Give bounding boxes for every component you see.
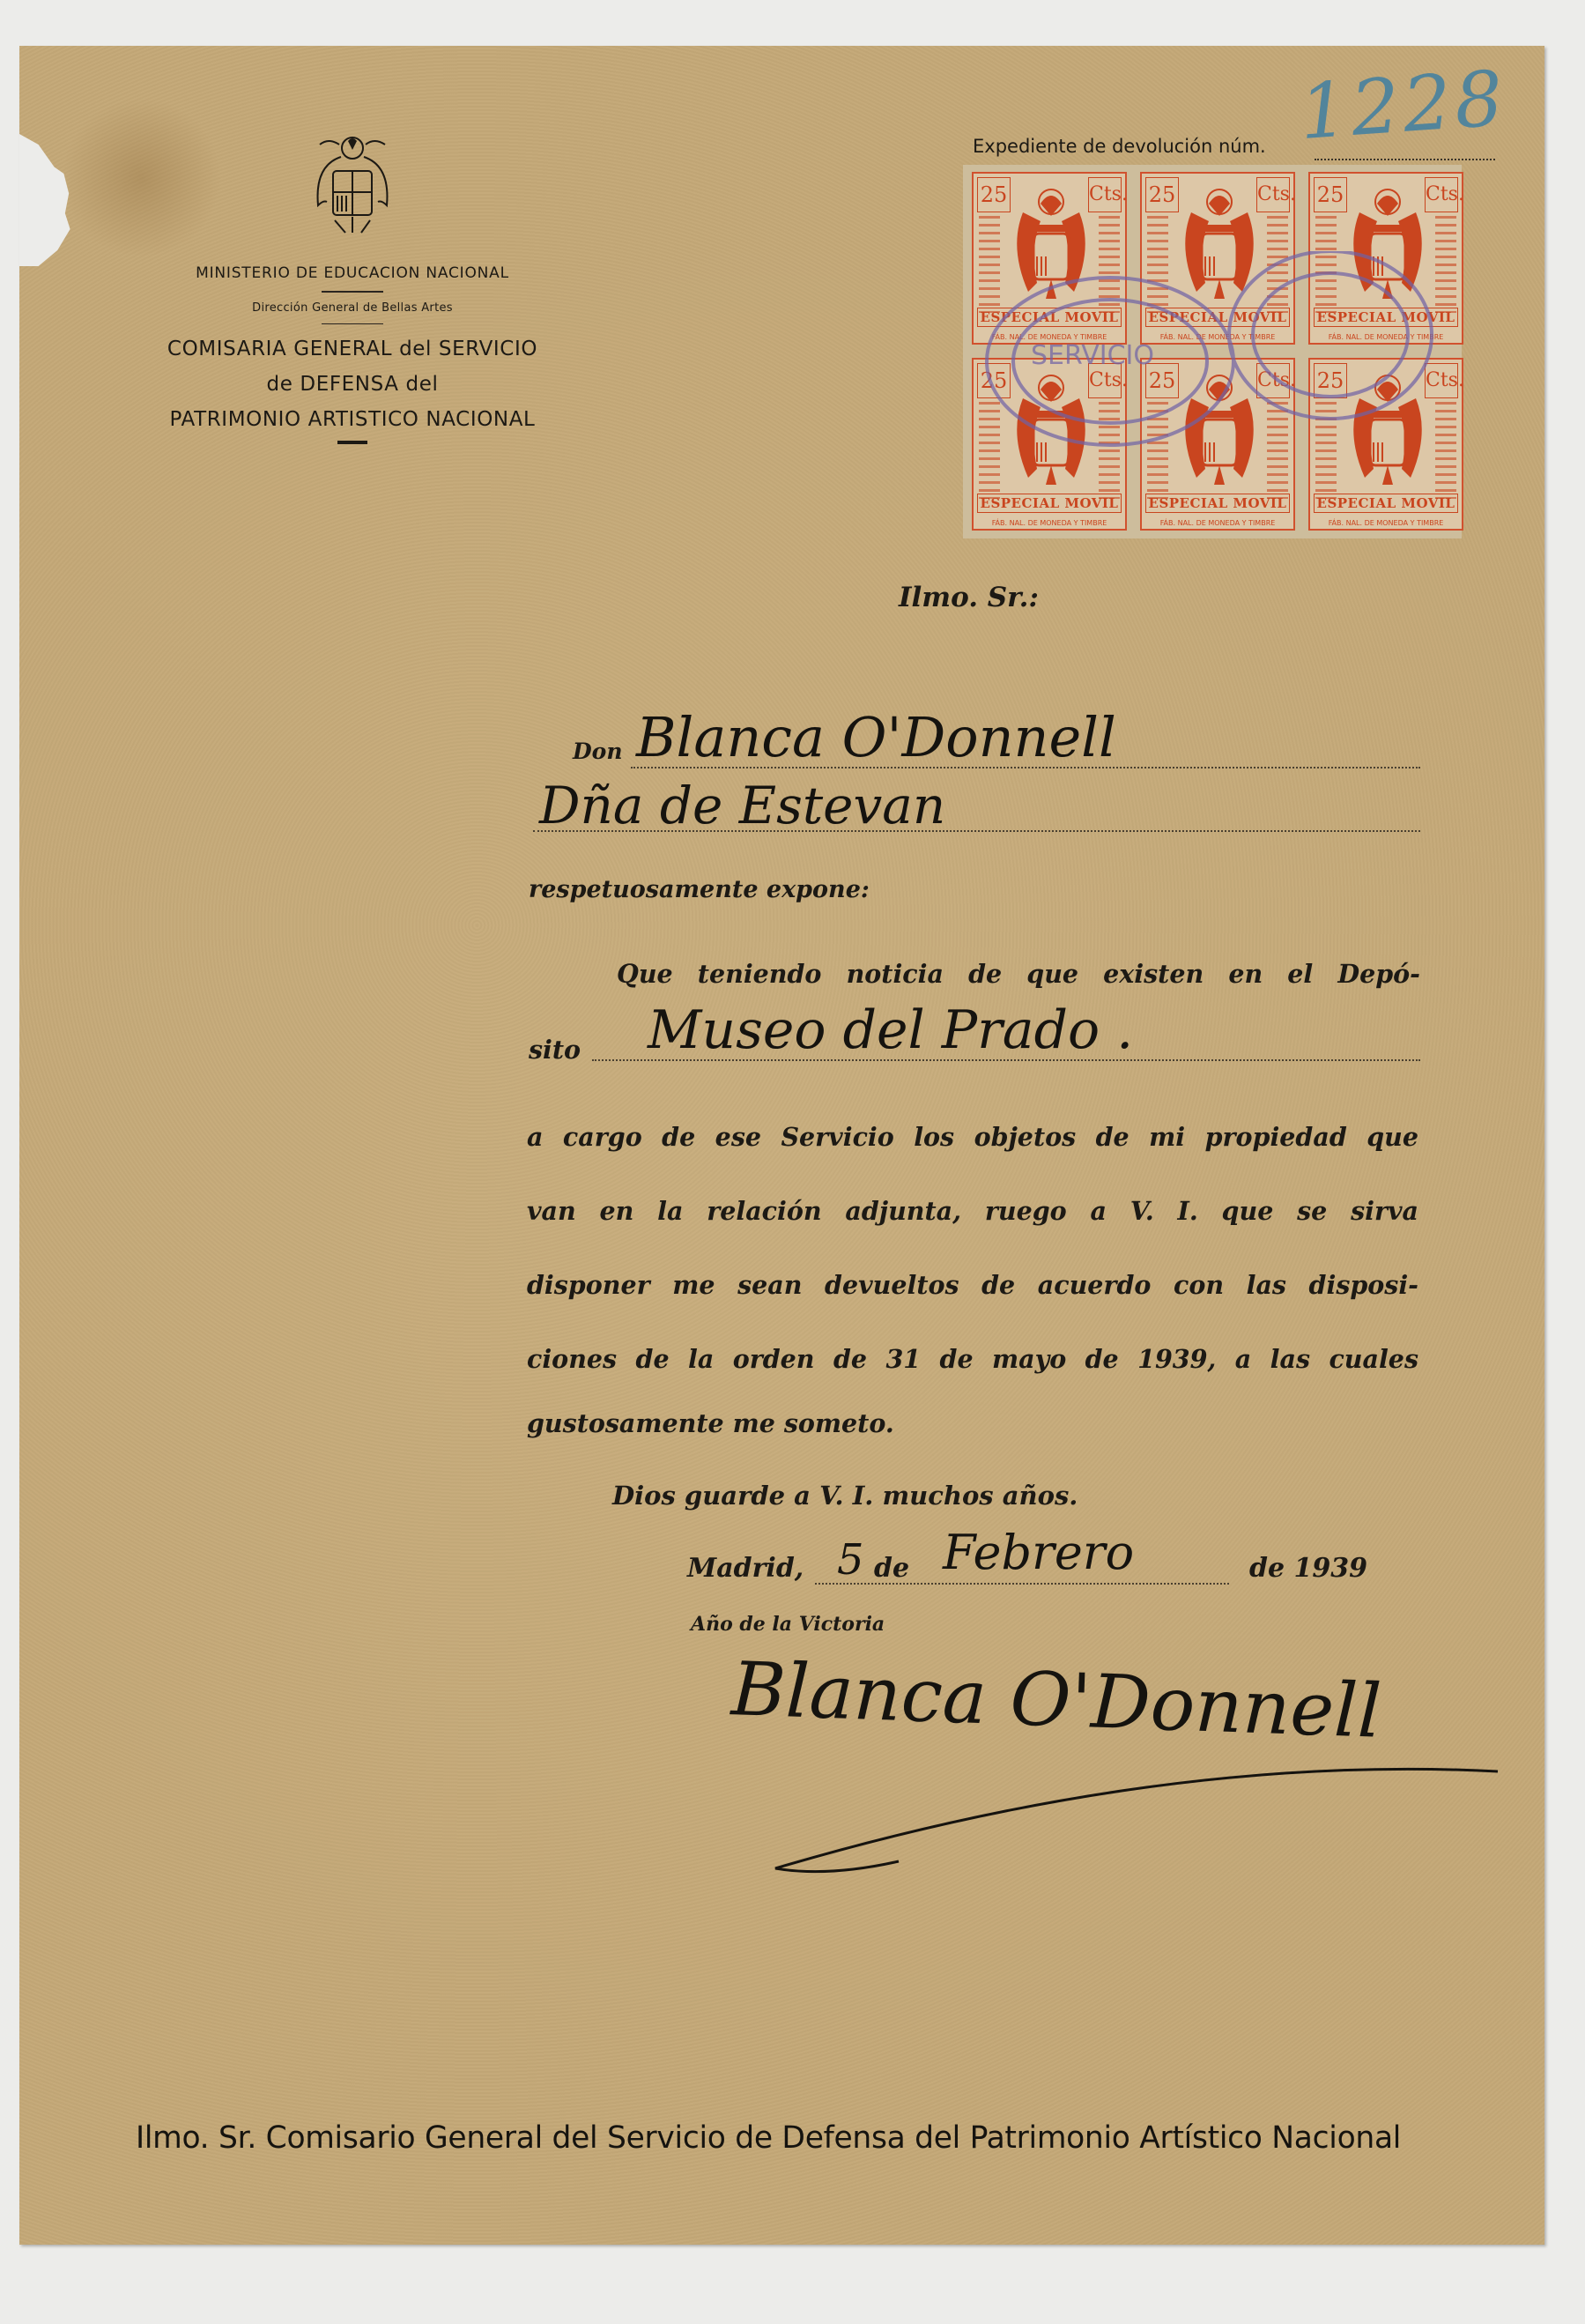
stamp-grid: 25Cts.ESPECIAL MOVILFÁB. NAL. DE MONEDA … [972, 172, 1463, 531]
year-motto: Año de la Victoria [691, 1613, 885, 1636]
revenue-stamp: 25Cts.ESPECIAL MOVILFÁB. NAL. DE MONEDA … [1308, 358, 1463, 531]
closing: Dios guarde a V. I. muchos años. [612, 1481, 1078, 1511]
paragraph-line-5: disponer me sean devueltos de acuerdo co… [527, 1248, 1418, 1322]
comisaria-line-3: PATRIMONIO ARTISTICO NACIONAL [132, 404, 573, 435]
eagle-crest-icon [1005, 186, 1097, 309]
stamp-ornament [1315, 402, 1337, 499]
revenue-stamp: 25Cts.ESPECIAL MOVILFÁB. NAL. DE MONEDA … [972, 172, 1127, 345]
revenue-stamp: 25Cts.ESPECIAL MOVILFÁB. NAL. DE MONEDA … [972, 358, 1127, 531]
ministry-name: MINISTERIO DE EDUCACION NACIONAL [132, 264, 573, 282]
comisaria-line-2: de DEFENSA del [132, 368, 573, 400]
stamp-maker: FÁB. NAL. DE MONEDA Y TIMBRE [974, 333, 1125, 341]
stamp-ornament [1315, 216, 1337, 313]
signature-flourish [722, 1657, 1515, 1886]
day-handwritten: 5 [837, 1535, 864, 1585]
salutation: Ilmo. Sr.: [899, 582, 1039, 613]
don-label: Don [573, 739, 623, 764]
date-de: de [874, 1553, 909, 1584]
stamp-ornament [1147, 402, 1168, 499]
eagle-crest-icon [1174, 372, 1265, 495]
letterhead: MINISTERIO DE EDUCACION NACIONAL Direcci… [132, 132, 573, 444]
sito-label: sito [529, 1035, 581, 1065]
expediente-number: 1228 [1297, 55, 1509, 157]
stamp-maker: FÁB. NAL. DE MONEDA Y TIMBRE [974, 519, 1125, 527]
applicant-line2-handwritten: Dña de Estevan [539, 776, 945, 835]
divider [322, 323, 383, 325]
stamp-maker: FÁB. NAL. DE MONEDA Y TIMBRE [1310, 519, 1462, 527]
comisaria-line-1: COMISARIA GENERAL del SERVICIO [132, 333, 573, 365]
stamp-label: ESPECIAL MOVIL [977, 494, 1122, 513]
stamp-ornament [1435, 216, 1456, 313]
stamp-ornament [1435, 402, 1456, 499]
direccion-name: Dirección General de Bellas Artes [132, 301, 573, 315]
stamp-maker: FÁB. NAL. DE MONEDA Y TIMBRE [1142, 519, 1293, 527]
stamp-ornament [979, 402, 1000, 499]
divider [322, 291, 383, 293]
paragraph-line-7: gustosamente me someto. [527, 1408, 894, 1438]
eagle-crest-icon [1174, 186, 1265, 309]
stamp-label: ESPECIAL MOVIL [1145, 494, 1290, 513]
eagle-crest-icon [1005, 372, 1097, 495]
stamp-ornament [979, 216, 1000, 313]
revenue-stamp: 25Cts.ESPECIAL MOVILFÁB. NAL. DE MONEDA … [1308, 172, 1463, 345]
stamp-ornament [1099, 216, 1120, 313]
stamp-ornament [1147, 216, 1168, 313]
place: Madrid, [687, 1553, 804, 1584]
expediente-dotted-line [1315, 159, 1495, 160]
expone-text: respetuosamente expone: [529, 876, 870, 903]
stamp-maker: FÁB. NAL. DE MONEDA Y TIMBRE [1310, 333, 1462, 341]
stamp-maker: FÁB. NAL. DE MONEDA Y TIMBRE [1142, 333, 1293, 341]
paragraph-line-1: Que teniendo noticia de que existen en e… [617, 959, 1420, 989]
torn-edge [19, 134, 83, 266]
stamp-label: ESPECIAL MOVIL [1314, 308, 1458, 327]
stamp-ornament [1099, 402, 1120, 499]
applicant-name-handwritten: Blanca O'Donnell [636, 705, 1116, 769]
revenue-stamp: 25Cts.ESPECIAL MOVILFÁB. NAL. DE MONEDA … [1140, 358, 1295, 531]
coat-of-arms-icon [304, 132, 401, 238]
revenue-stamps: 25Cts.ESPECIAL MOVILFÁB. NAL. DE MONEDA … [963, 165, 1462, 538]
paragraph-line-3: a cargo de ese Servicio los objetos de m… [527, 1100, 1418, 1174]
paragraph-line-6: ciones de la orden de 31 de mayo de 1939… [527, 1322, 1418, 1396]
deposito-handwritten: Museo del Prado . [648, 999, 1133, 1061]
eagle-crest-icon [1342, 372, 1433, 495]
stamp-label: ESPECIAL MOVIL [977, 308, 1122, 327]
stamp-label: ESPECIAL MOVIL [1145, 308, 1290, 327]
eagle-crest-icon [1342, 186, 1433, 309]
revenue-stamp: 25Cts.ESPECIAL MOVILFÁB. NAL. DE MONEDA … [1140, 172, 1295, 345]
stamp-ornament [1267, 402, 1288, 499]
divider [337, 441, 367, 444]
stamp-label: ESPECIAL MOVIL [1314, 494, 1458, 513]
expediente-label: Expediente de devolución núm. [973, 136, 1266, 157]
addressee-footer: Ilmo. Sr. Comisario General del Servicio… [136, 2120, 1401, 2156]
year: de 1939 [1249, 1553, 1367, 1584]
month-handwritten: Febrero [943, 1525, 1134, 1580]
paragraph-line-4: van en la relación adjunta, ruego a V. I… [527, 1174, 1418, 1248]
stamp-ornament [1267, 216, 1288, 313]
